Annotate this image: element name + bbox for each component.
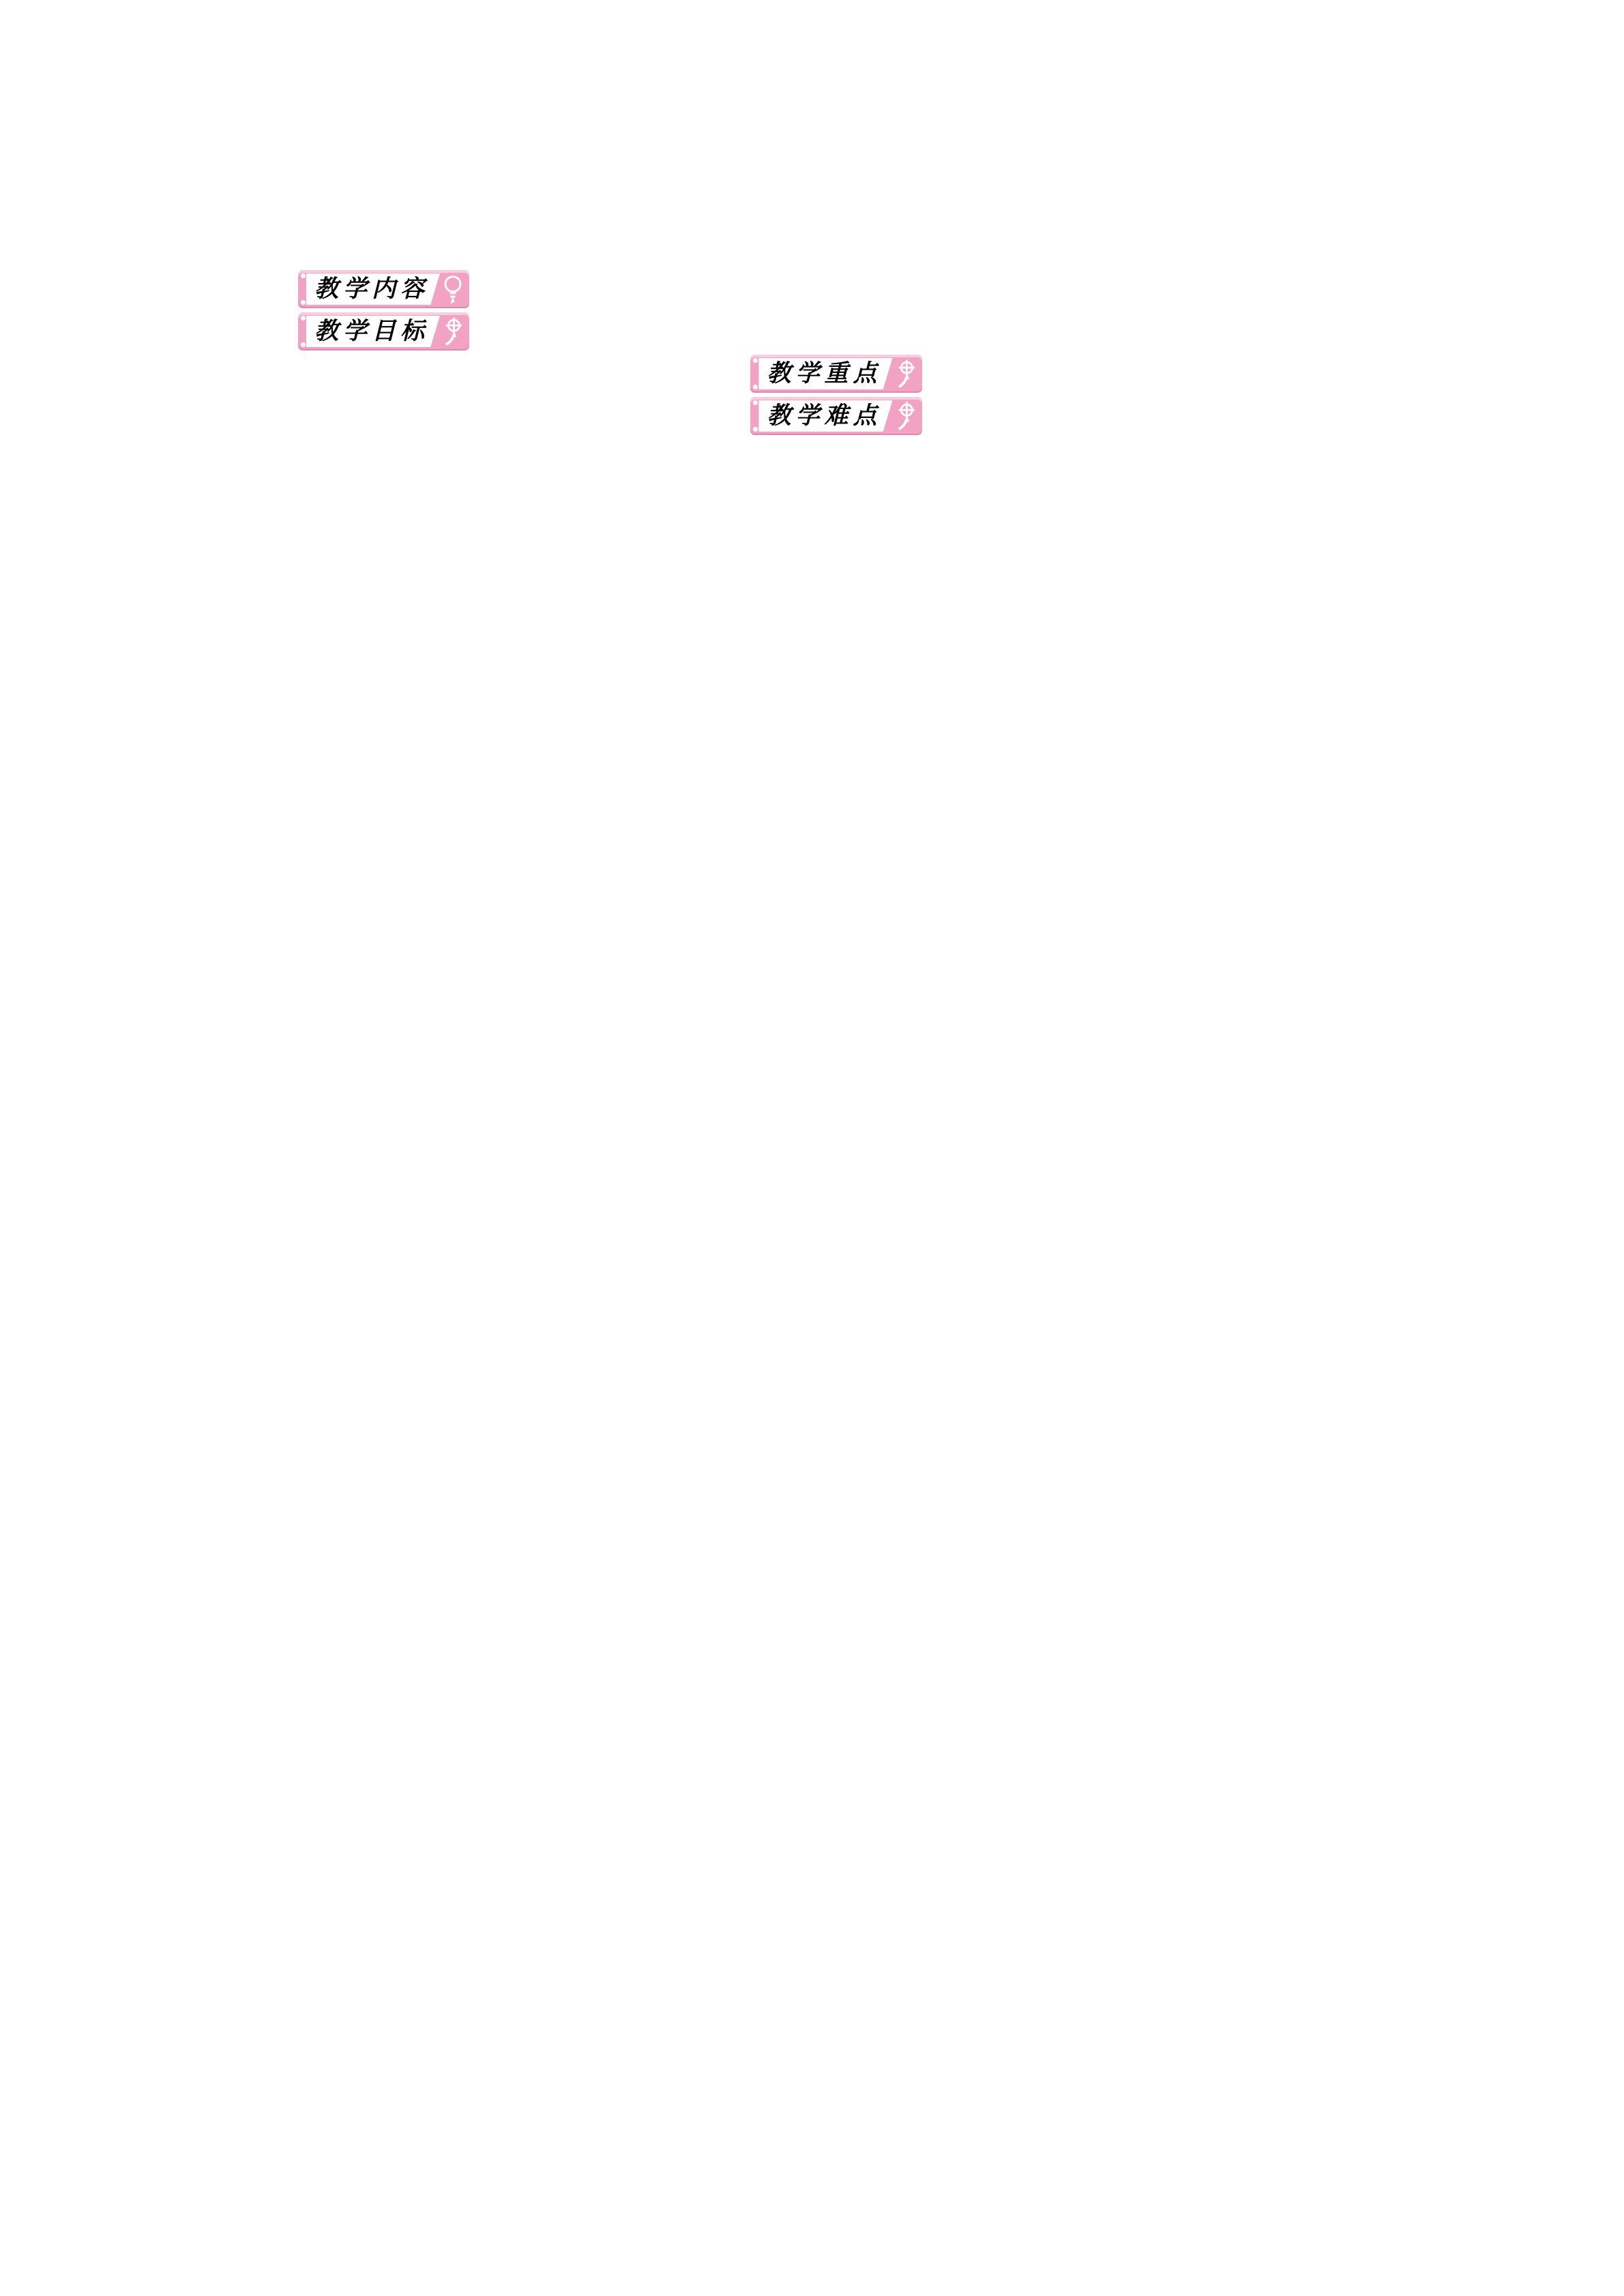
- badge-label: 教学目标: [306, 316, 440, 347]
- section-badge: 教学内容: [298, 270, 469, 308]
- target-icon: [441, 314, 465, 348]
- section-badge: 教学难点: [750, 397, 921, 435]
- badge-row: 教学内容: [243, 270, 1430, 308]
- document-page: 教学内容 教学: [0, 0, 1624, 2296]
- badge-dot: [753, 385, 758, 389]
- badge-row: 教学目标: [243, 312, 1430, 351]
- target-icon: [894, 399, 918, 433]
- badge-label: 教学难点: [758, 400, 892, 432]
- badge-dot: [753, 427, 758, 432]
- badge-label: 教学内容: [306, 273, 440, 305]
- badge-dot: [301, 273, 306, 278]
- badge-dot: [301, 300, 306, 305]
- page-content: 教学内容 教学: [243, 195, 1430, 439]
- badge-dot: [301, 342, 306, 347]
- section-badge: 教学重点: [750, 355, 921, 393]
- badge-dot: [753, 358, 758, 363]
- badge-row: 教学重点: [243, 355, 1430, 393]
- badge-dot: [753, 400, 758, 405]
- section-badge: 教学目标: [298, 312, 469, 351]
- badge-label: 教学重点: [758, 358, 892, 389]
- badge-row: 教学难点: [243, 397, 1430, 435]
- bulb-icon: [441, 272, 465, 306]
- target-icon: [894, 357, 918, 391]
- badge-dot: [301, 316, 306, 320]
